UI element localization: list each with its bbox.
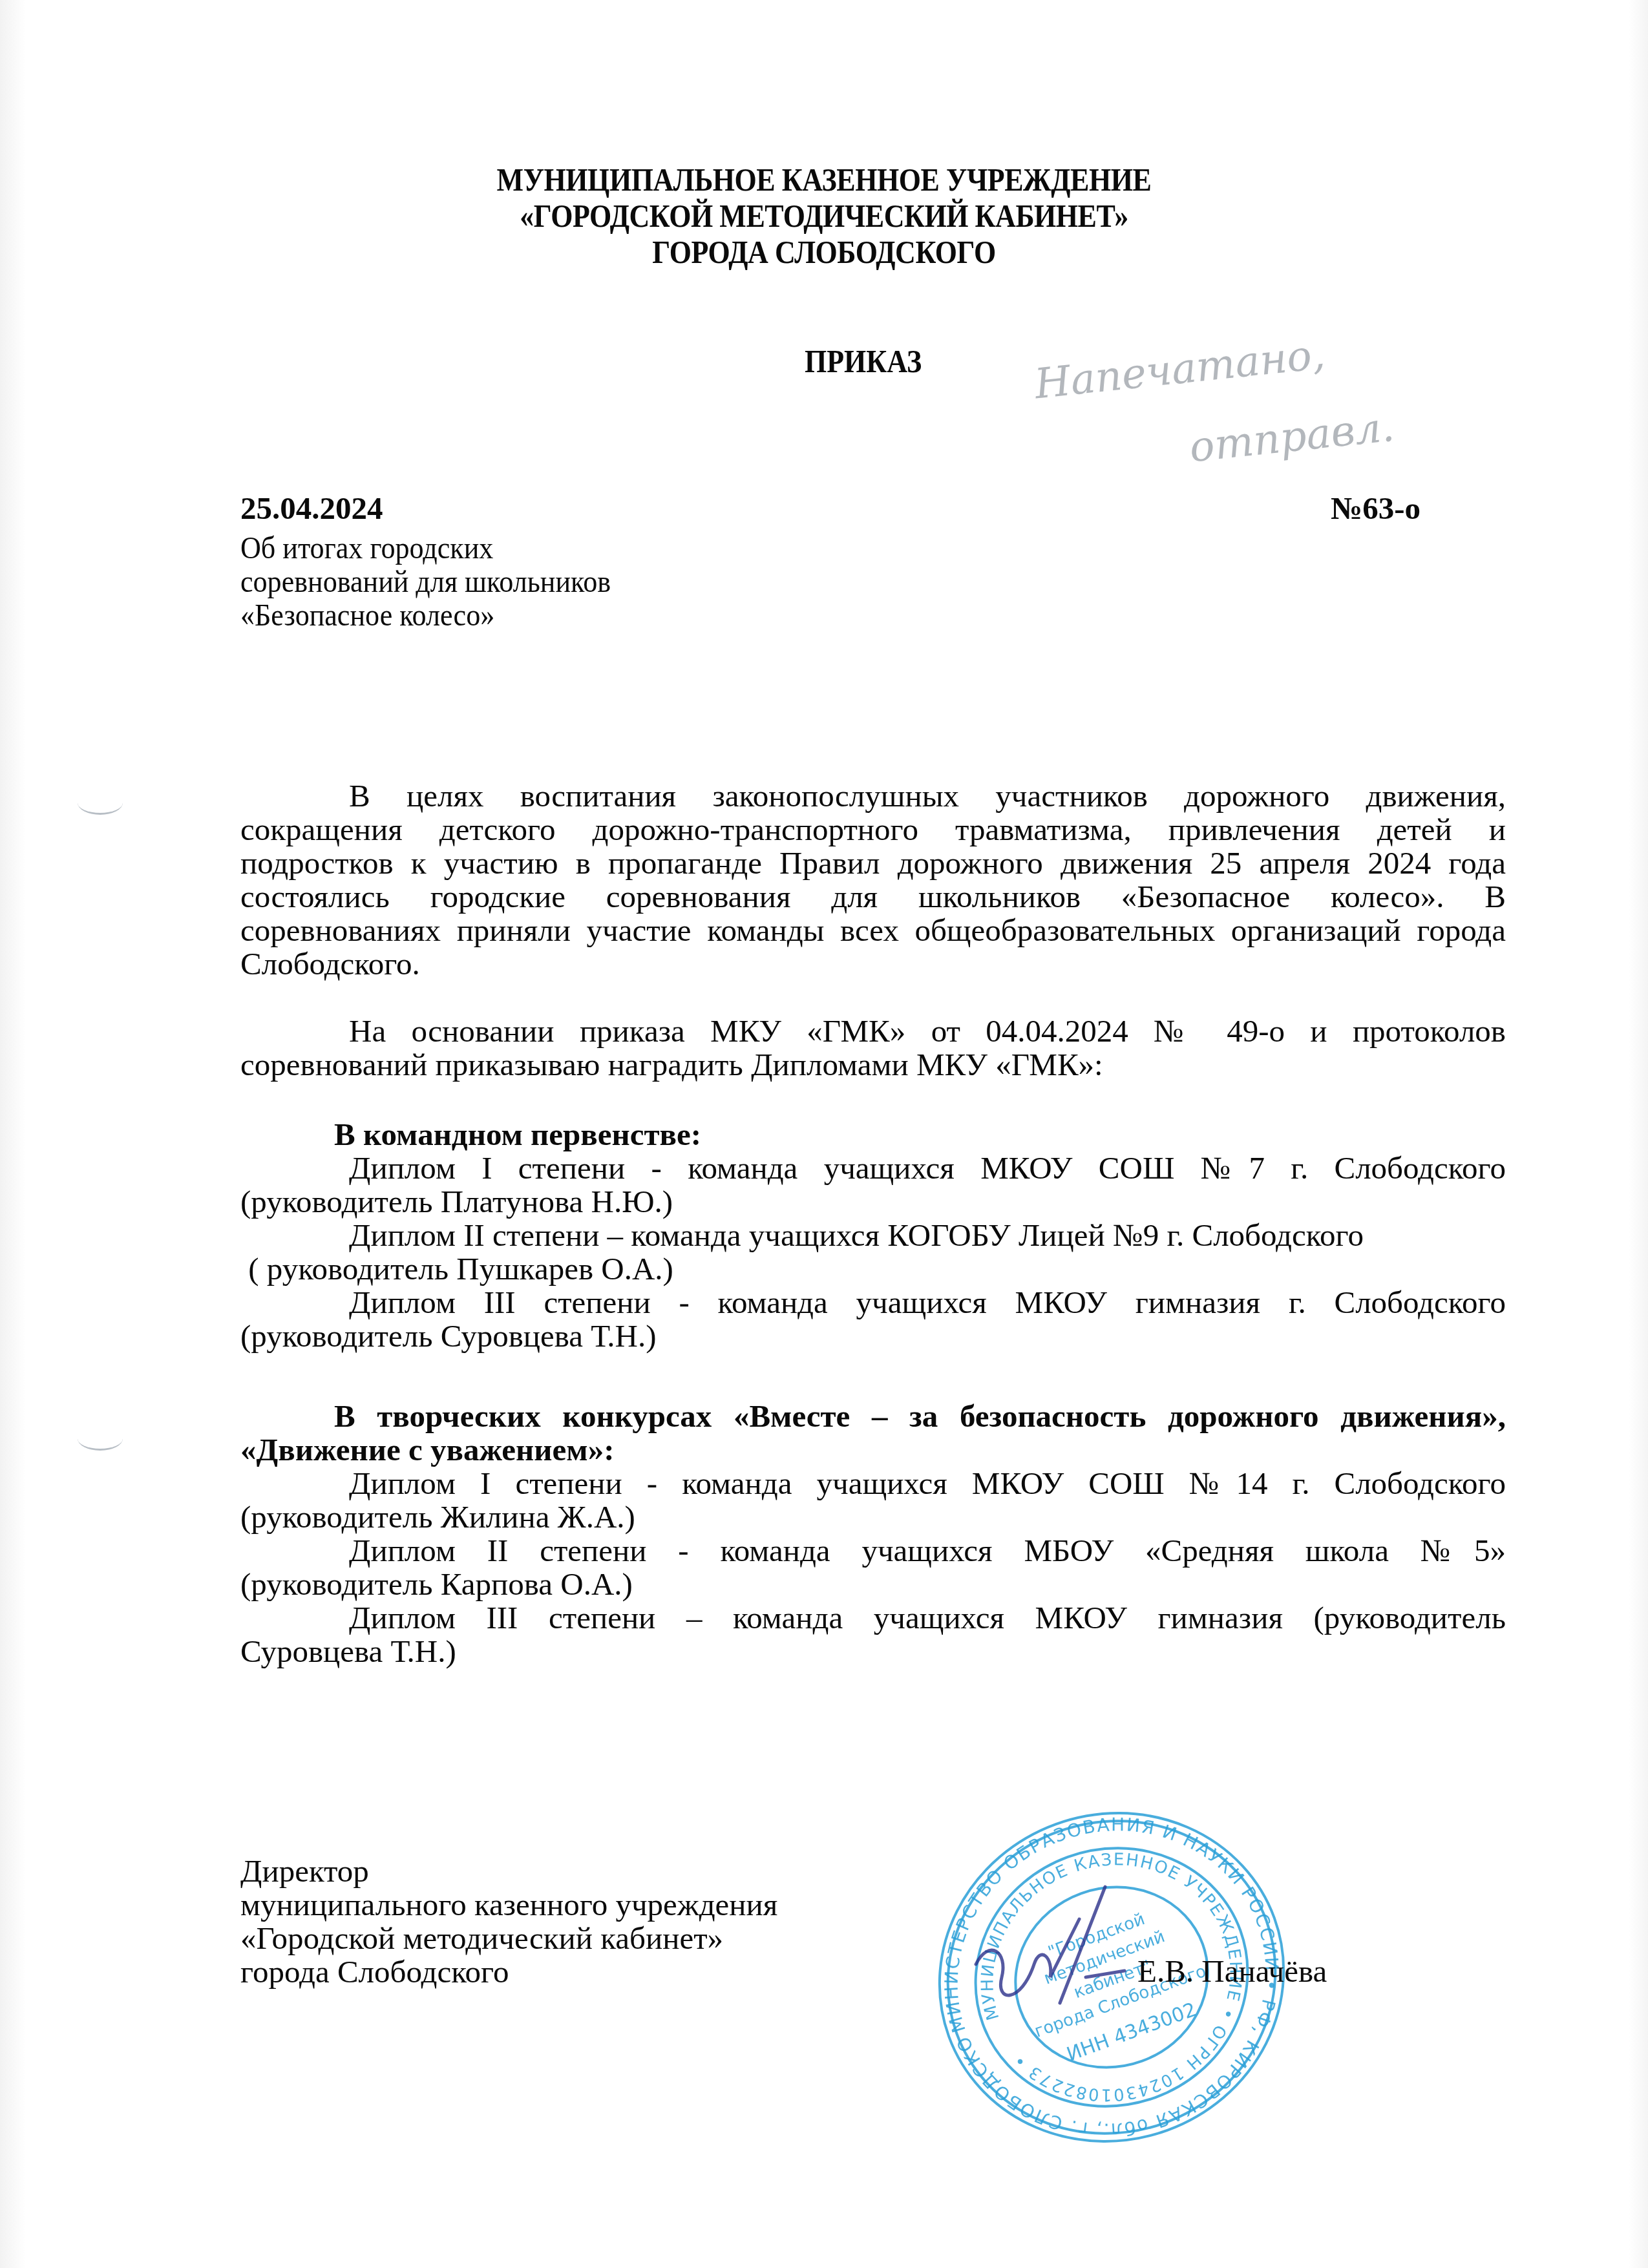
award-line: Диплом III степени – команда учащихся МК… — [240, 1601, 1506, 1635]
award-supervisor: (руководитель Суровцева Т.Н.) — [240, 1319, 1506, 1353]
handwritten-note: отправл. — [1187, 403, 1397, 472]
signatory-name: Е.В. Паначёва — [1137, 1953, 1327, 1990]
text-line: соревнований приказываю наградить Диплом… — [240, 1048, 1506, 1082]
position-line: «Городской методический кабинет» — [240, 1922, 777, 1955]
handwritten-note: Напечатано, — [1032, 331, 1327, 409]
header-line: «ГОРОДСКОЙ МЕТОДИЧЕСКИЙ КАБИНЕТ» — [99, 198, 1549, 234]
basis-paragraph: На основании приказа МКУ «ГМК» от 04.04.… — [240, 1014, 1506, 1082]
text-line: Слободского. — [240, 947, 1506, 981]
text-line: состоялись городские соревнования для шк… — [240, 880, 1506, 914]
subject-line: соревнований для школьников — [240, 565, 611, 598]
punch-hole-mark — [78, 791, 123, 815]
document-title: ПРИКАЗ — [805, 342, 922, 380]
text-line: подростков к участию в пропаганде Правил… — [240, 846, 1506, 880]
award-supervisor: (руководитель Жилина Ж.А.) — [240, 1500, 1506, 1534]
award-supervisor: ( руководитель Пушкарев О.А.) — [240, 1252, 1506, 1286]
section-heading: «Движение с уважением»: — [240, 1433, 1506, 1467]
header-line: МУНИЦИПАЛЬНОЕ КАЗЕННОЕ УЧРЕЖДЕНИЕ — [99, 162, 1549, 198]
scan-left-edge — [0, 0, 26, 2268]
section-heading: В творческих конкурсах «Вместе – за безо… — [240, 1400, 1506, 1433]
award-supervisor: (руководитель Платунова Н.Ю.) — [240, 1185, 1506, 1219]
text-line: соревнованиях приняли участие команды вс… — [240, 914, 1506, 947]
creative-contests-section: В творческих конкурсах «Вместе – за безо… — [240, 1400, 1506, 1668]
position-line: Директор — [240, 1854, 777, 1888]
section-heading: В командном первенстве: — [240, 1118, 1506, 1151]
order-subject: Об итогах городских соревнований для шко… — [240, 531, 652, 632]
order-number: №63-о — [1331, 490, 1421, 527]
punch-hole-mark — [78, 1427, 123, 1451]
team-championship-section: В командном первенстве: Диплом I степени… — [240, 1118, 1506, 1353]
subject-line: Об итогах городских — [240, 531, 611, 565]
document-page: МУНИЦИПАЛЬНОЕ КАЗЕННОЕ УЧРЕЖДЕНИЕ «ГОРОД… — [0, 0, 1648, 2268]
award-line: Диплом II степени - команда учащихся МБО… — [240, 1534, 1506, 1568]
award-line: Диплом I степени - команда учащихся МКОУ… — [240, 1151, 1506, 1185]
award-supervisor: Суровцева Т.Н.) — [240, 1635, 1506, 1668]
order-date: 25.04.2024 — [240, 490, 383, 527]
text-line: В целях воспитания законопослушных участ… — [240, 779, 1506, 813]
header-line: ГОРОДА СЛОБОДСКОГО — [99, 234, 1549, 270]
organization-header: МУНИЦИПАЛЬНОЕ КАЗЕННОЕ УЧРЕЖДЕНИЕ «ГОРОД… — [0, 162, 1648, 270]
intro-paragraph: В целях воспитания законопослушных участ… — [240, 779, 1506, 981]
award-line: Диплом II степени – команда учащихся КОГ… — [240, 1219, 1506, 1252]
award-line: Диплом I степени - команда учащихся МКОУ… — [240, 1467, 1506, 1500]
award-supervisor: (руководитель Карпова О.А.) — [240, 1568, 1506, 1601]
signatory-position: Директор муниципального казенного учрежд… — [240, 1854, 777, 1989]
subject-line: «Безопасное колесо» — [240, 598, 611, 632]
text-line: На основании приказа МКУ «ГМК» от 04.04.… — [240, 1014, 1506, 1048]
award-line: Диплом III степени - команда учащихся МК… — [240, 1286, 1506, 1319]
position-line: муниципального казенного учреждения — [240, 1888, 777, 1922]
scan-right-edge — [1629, 0, 1648, 2268]
position-line: города Слободского — [240, 1955, 777, 1989]
text-line: сокращения детского дорожно-транспортног… — [240, 813, 1506, 846]
